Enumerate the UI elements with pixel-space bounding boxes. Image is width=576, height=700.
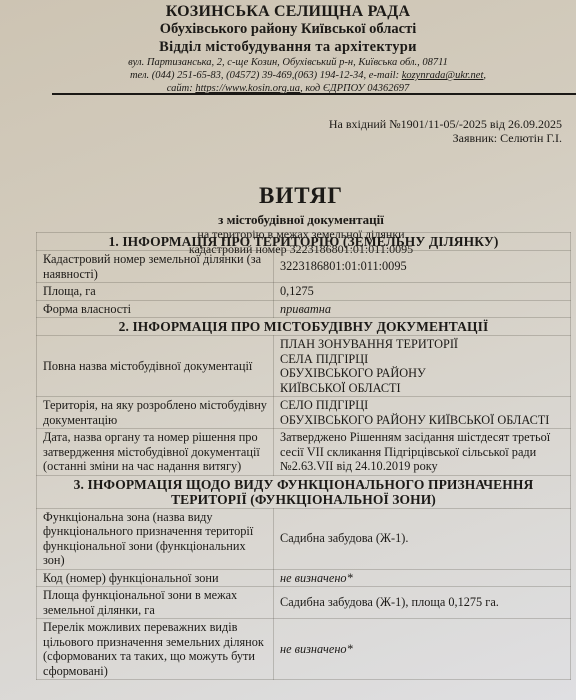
- applicant-name: Заявник: Селютін Г.І.: [329, 131, 562, 145]
- value-line: ОБУХІВСЬКОГО РАЙОНУ КИЇВСЬКОЇ ОБЛАСТІ: [280, 413, 564, 428]
- row-label: Функціональна зона (назва виду функціона…: [37, 508, 274, 569]
- section-heading-row: 1. ІНФОРМАЦІЯ ПРО ТЕРИТОРІЮ (ЗЕМЕЛЬНУ ДІ…: [37, 233, 571, 251]
- value-line: ПЛАН ЗОНУВАННЯ ТЕРИТОРІЇ: [280, 337, 564, 352]
- section-3-heading: 3. ІНФОРМАЦІЯ ЩОДО ВИДУ ФУНКЦІОНАЛЬНОГО …: [37, 475, 571, 508]
- row-label: Перелік можливих переважних видів цільов…: [37, 619, 274, 680]
- row-value: Садибна забудова (Ж-1).: [274, 508, 571, 569]
- letterhead: КОЗИНСЬКА СЕЛИЩНА РАДА Обухівського райо…: [0, 3, 576, 95]
- document-subtitle: з містобудівної документації: [26, 212, 576, 227]
- incoming-reference-block: На вхідний №1901/11-05/-2025 від 26.09.2…: [329, 117, 562, 145]
- phone-numbers: тел. (044) 251-65-83, (04572) 39-469,(06…: [130, 70, 402, 81]
- row-value: ПЛАН ЗОНУВАННЯ ТЕРИТОРІЇ СЕЛА ПІДГІРЦІ О…: [274, 336, 571, 397]
- row-value: СЕЛО ПІДГІРЦІ ОБУХІВСЬКОГО РАЙОНУ КИЇВСЬ…: [274, 397, 571, 429]
- heading-line: 3. ІНФОРМАЦІЯ ЩОДО ВИДУ ФУНКЦІОНАЛЬНОГО …: [41, 477, 566, 492]
- row-value: не визначено*: [274, 619, 571, 680]
- address-line: вул. Партизанська, 2, с-ще Козин, Обухів…: [0, 56, 576, 69]
- section-2-heading: 2. ІНФОРМАЦІЯ ПРО МІСТОБУДІВНУ ДОКУМЕНТА…: [37, 318, 571, 336]
- table-row: Функціональна зона (назва виду функціона…: [37, 508, 571, 569]
- section-heading-row: 3. ІНФОРМАЦІЯ ЩОДО ВИДУ ФУНКЦІОНАЛЬНОГО …: [37, 475, 571, 508]
- document-page: КОЗИНСЬКА СЕЛИЩНА РАДА Обухівського райо…: [0, 0, 576, 700]
- value-line: ОБУХІВСЬКОГО РАЙОНУ: [280, 366, 564, 381]
- document-title: ВИТЯГ: [26, 183, 576, 209]
- row-label: Площа функціональної зони в межах земель…: [37, 587, 274, 619]
- table-row: Територія, на яку розроблено містобудівн…: [37, 397, 571, 429]
- table-row: Кадастровий номер земельної ділянки (за …: [37, 251, 571, 283]
- row-label: Повна назва містобудівної документації: [37, 336, 274, 397]
- row-value: Затверджено Рішенням засідання шістдесят…: [274, 429, 571, 476]
- row-label: Територія, на яку розроблено містобудівн…: [37, 397, 274, 429]
- value-line: СЕЛО ПІДГІРЦІ: [280, 398, 564, 413]
- contact-line: тел. (044) 251-65-83, (04572) 39-469,(06…: [0, 69, 576, 82]
- row-value: 0,1275: [274, 283, 571, 301]
- section-1-heading: 1. ІНФОРМАЦІЯ ПРО ТЕРИТОРІЮ (ЗЕМЕЛЬНУ ДІ…: [37, 233, 571, 251]
- letterhead-divider: [52, 93, 576, 95]
- heading-line: ТЕРИТОРІЇ (ФУНКЦІОНАЛЬНОЇ ЗОНИ): [41, 492, 566, 507]
- table-row: Дата, назва органу та номер рішення про …: [37, 429, 571, 476]
- table-row: Повна назва містобудівної документації П…: [37, 336, 571, 397]
- email-suffix: ,: [483, 70, 486, 81]
- department-name: Відділ містобудування та архітектури: [0, 38, 576, 56]
- section-heading-row: 2. ІНФОРМАЦІЯ ПРО МІСТОБУДІВНУ ДОКУМЕНТА…: [37, 318, 571, 336]
- table-row: Код (номер) функціональної зони не визна…: [37, 569, 571, 587]
- email-link[interactable]: kozynrada@ukr.net: [402, 70, 484, 81]
- row-value: приватна: [274, 300, 571, 318]
- row-label: Код (номер) функціональної зони: [37, 569, 274, 587]
- table-row: Перелік можливих переважних видів цільов…: [37, 619, 571, 680]
- extract-table: 1. ІНФОРМАЦІЯ ПРО ТЕРИТОРІЮ (ЗЕМЕЛЬНУ ДІ…: [36, 232, 571, 680]
- table-row: Площа функціональної зони в межах земель…: [37, 587, 571, 619]
- row-label: Форма власності: [37, 300, 274, 318]
- row-value: 3223186801:01:011:0095: [274, 251, 571, 283]
- row-value: Садибна забудова (Ж-1), площа 0,1275 га.: [274, 587, 571, 619]
- row-label: Площа, га: [37, 283, 274, 301]
- table-row: Площа, га 0,1275: [37, 283, 571, 301]
- row-value: не визначено*: [274, 569, 571, 587]
- organization-region: Обухівського району Київської області: [0, 21, 576, 38]
- organization-name: КОЗИНСЬКА СЕЛИЩНА РАДА: [0, 3, 576, 21]
- table-row: Форма власності приватна: [37, 300, 571, 318]
- value-line: СЕЛА ПІДГІРЦІ: [280, 352, 564, 367]
- row-label: Дата, назва органу та номер рішення про …: [37, 429, 274, 476]
- value-line: КИЇВСЬКОЇ ОБЛАСТІ: [280, 381, 564, 396]
- incoming-reference: На вхідний №1901/11-05/-2025 від 26.09.2…: [329, 117, 562, 131]
- row-label: Кадастровий номер земельної ділянки (за …: [37, 251, 274, 283]
